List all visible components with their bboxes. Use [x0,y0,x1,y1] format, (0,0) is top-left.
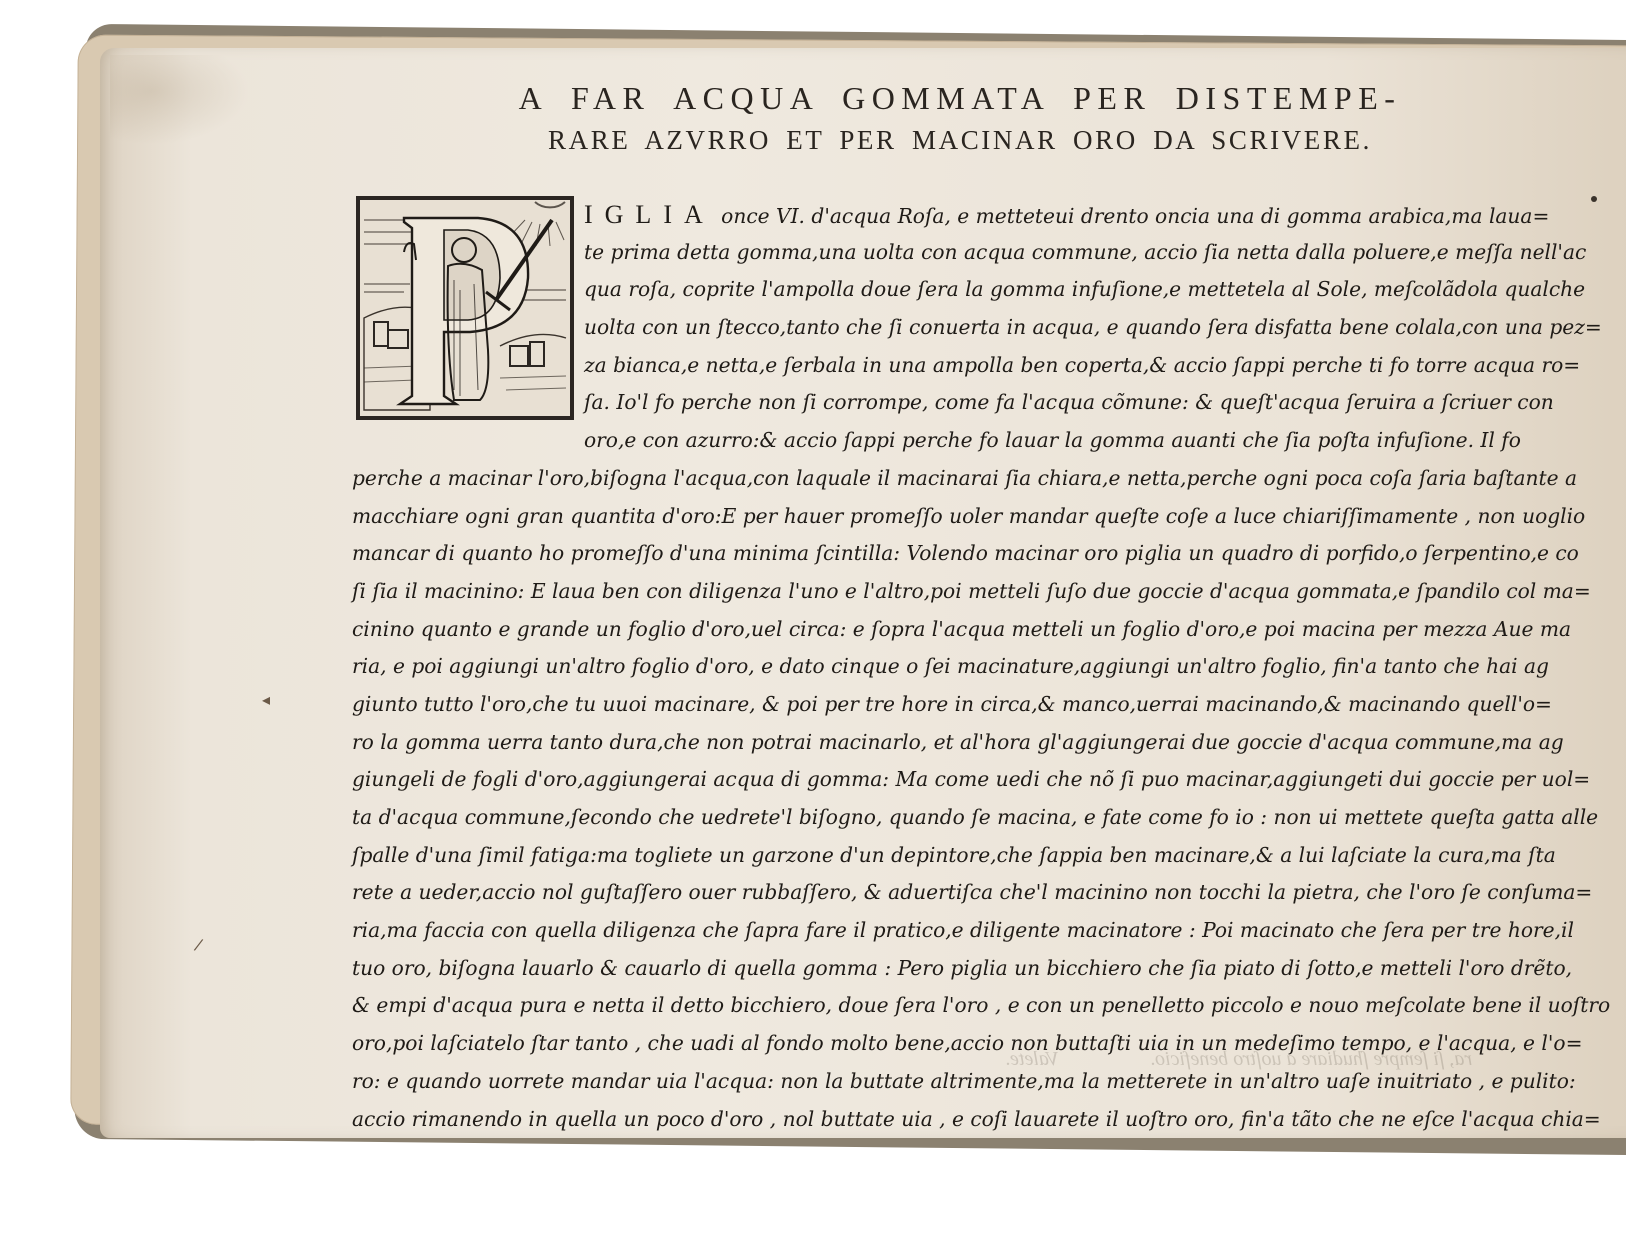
text-line: perche a macinar l'oro,biſogna l'acqua,c… [352,460,1542,498]
text-line: ſa. Io'l fo perche non ſi corrompe, come… [352,384,1542,422]
bleed-through-text-left: Valete. [1005,1048,1059,1071]
text-line: uolta con un ſtecco,tanto che ſi conuert… [352,309,1542,347]
text-line: cinino quanto e grande un foglio d'oro,u… [352,611,1542,649]
text-line: IGLIA once VI. d'acqua Roſa, e metteteui… [352,196,1542,234]
text-line: za bianca,e netta,e ſerbala in una ampol… [352,347,1542,385]
text-line: ſi ſia il macinino: E laua ben con dilig… [352,573,1542,611]
text-line: & empi d'acqua pura e netta il detto bic… [352,987,1542,1025]
text-line: giunto tutto l'oro,che tu uuoi macinare,… [352,686,1542,724]
text-line: ria,ma faccia con quella diligenza che ſ… [352,912,1542,950]
text-line: qua roſa, coprite l'ampolla doue ſera la… [352,271,1542,309]
text-line: mancar di quanto ho promeſſo d'una minim… [352,535,1542,573]
lead-capitals: IGLIA [584,200,715,229]
text-line: tuo oro, biſogna lauarlo & cauarlo di qu… [352,950,1542,988]
text-line: oro,e con azurro:& accio ſappi perche fo… [352,422,1542,460]
chapter-heading-line-1: A far acqua gommata per distempe- [330,80,1590,117]
body-text: IGLIA once VI. d'acqua Roſa, e metteteui… [352,196,1542,1138]
text-line: ria, e poi aggiungi un'altro foglio d'or… [352,648,1542,686]
text-line: rete a ueder,accio nol guſtaſſero ouer r… [352,874,1542,912]
chapter-heading-line-2: rare azvrro et per macinar oro da scrive… [330,125,1590,156]
text-line: giungeli de fogli d'oro,aggiungerai acqu… [352,761,1542,799]
text-line-content: once VI. d'acqua Roſa, e metteteui drent… [715,204,1550,228]
text-line: ſpalle d'una ſimil fatiga:ma togliete un… [352,837,1542,875]
bleed-through-text-right: ra, ſi ſempre ſhudiare a uoſtro benefici… [1150,1048,1472,1071]
text-line: te prima detta gomma,una uolta con acqua… [352,234,1542,272]
text-line: macchiare ogni gran quantita d'oro:E per… [352,498,1542,536]
margin-mark: ◂ [262,690,270,709]
text-line: accio rimanendo in quella un poco d'oro … [352,1101,1542,1139]
ink-dot [1591,196,1597,202]
text-line: ta d'acqua commune,ſecondo che uedrete'l… [352,799,1542,837]
text-line: ro la gomma uerra tanto dura,che non pot… [352,724,1542,762]
